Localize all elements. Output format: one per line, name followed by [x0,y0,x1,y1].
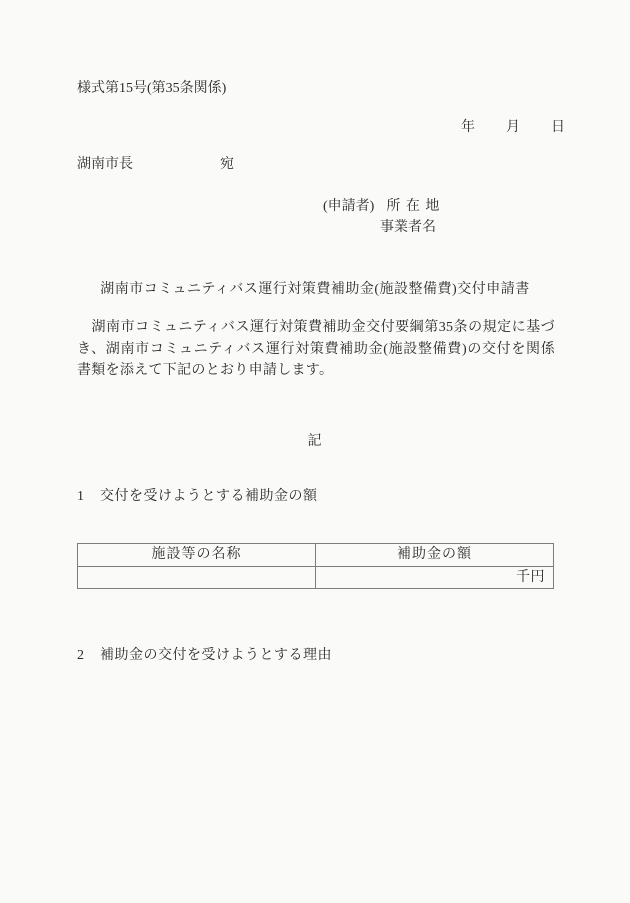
amount-unit-cell: 千円 [316,567,554,589]
subsidy-amount-header: 補助金の額 [316,544,554,567]
section-1-title: 交付を受けようとする補助金の額 [100,489,318,504]
applicant-name-label: 事業者名 [380,220,436,235]
applicant-address-row: (申請者)所 在 地 [323,196,440,217]
applicant-block: (申請者)所 在 地 事業者名 [323,196,440,238]
facility-name-cell [78,567,316,589]
document-title: 湖南市コミュニティバス運行対策費補助金(施設整備費)交付申請書 [0,280,630,300]
facility-name-header: 施設等の名称 [78,544,316,567]
table-row: 千円 [78,567,554,589]
section-2-title: 補助金の交付を受けようとする理由 [100,648,332,663]
document-page: 様式第15号(第35条関係) 年 月 日 湖南市長宛 (申請者)所 在 地 事業… [0,0,630,903]
applicant-address-label: 所 在 地 [386,199,440,214]
addressee-line: 湖南市長宛 [77,155,234,175]
section-2-heading: 2補助金の交付を受けようとする理由 [77,646,332,666]
applicant-name-row: 事業者名 [323,217,440,238]
body-paragraph: 湖南市コミュニティバス運行対策費補助金交付要綱第35条の規定に基づき、湖南市コミ… [77,317,555,382]
addressee-suffix: 宛 [220,157,234,172]
date-line: 年 月 日 [461,118,566,138]
section-2-number: 2 [77,648,84,663]
table-header-row: 施設等の名称 補助金の額 [78,544,554,567]
addressee-name: 湖南市長 [77,157,133,172]
record-marker: 記 [0,432,630,452]
form-number: 様式第15号(第35条関係) [77,79,226,99]
section-1-number: 1 [77,489,84,504]
section-1-heading: 1交付を受けようとする補助金の額 [77,487,318,507]
subsidy-amount-table: 施設等の名称 補助金の額 千円 [77,543,554,589]
applicant-label: (申請者) [323,199,374,214]
